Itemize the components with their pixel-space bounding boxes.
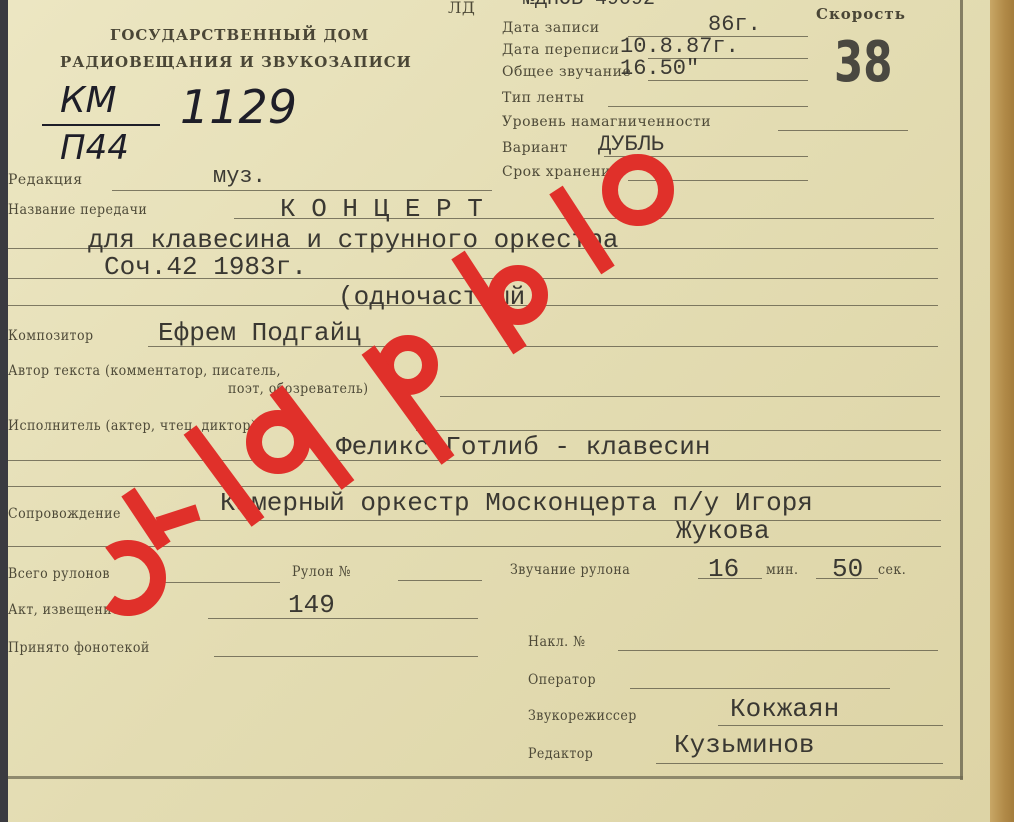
org-name-line2: РАДИОВЕЩАНИЯ И ЗВУКОЗАПИСИ bbox=[60, 53, 412, 71]
accompaniment-line-1 bbox=[168, 520, 941, 521]
roll-seconds-value: 50 bbox=[832, 554, 863, 584]
catalog-bottom: П44 bbox=[60, 128, 129, 168]
roll-duration-label: Звучание рулона bbox=[510, 562, 630, 578]
performer-label: Исполнитель (актер, чтец, диктор) bbox=[8, 418, 256, 434]
record-info-line bbox=[628, 180, 808, 181]
text-author-line bbox=[440, 396, 940, 397]
title-line4: (одночастный) bbox=[338, 282, 541, 312]
total-rolls-label: Всего рулонов bbox=[8, 566, 110, 582]
accompaniment-value-1: Камерный оркестр Москонцерта п/у Игоря bbox=[220, 488, 813, 518]
org-name-line1: ГОСУДАРСТВЕННЫЙ ДОМ bbox=[110, 26, 369, 44]
roll-no-line bbox=[398, 580, 482, 581]
redaktsiya-label: Редакция bbox=[8, 172, 83, 188]
performer-line-1 bbox=[416, 430, 941, 431]
redaktsiya-line bbox=[112, 190, 492, 191]
record-info-line bbox=[778, 130, 908, 131]
dark-frame-edge bbox=[0, 0, 8, 822]
record-info-label: Дата переписи bbox=[502, 42, 619, 58]
sound-engineer-value: Кокжаян bbox=[730, 694, 839, 724]
record-info-label: Срок хранения bbox=[502, 164, 620, 180]
title-line3: Соч.42 1983г. bbox=[104, 252, 307, 282]
redaktsiya-value: муз. bbox=[213, 164, 266, 189]
editor-value: Кузьминов bbox=[674, 730, 814, 760]
accompaniment-line-2 bbox=[8, 546, 941, 547]
composer-value: Ефрем Подгайц bbox=[158, 318, 361, 348]
wood-background-edge bbox=[990, 0, 1014, 822]
performer-value: Феликс Готлиб - клавесин bbox=[336, 432, 710, 462]
accepted-line bbox=[214, 656, 478, 657]
invoice-label: Накл. № bbox=[528, 634, 585, 650]
record-info-label: Общее звучание bbox=[502, 64, 631, 80]
text-author-label-1: Автор текста (комментатор, писатель, bbox=[8, 363, 281, 379]
operator-line bbox=[630, 688, 890, 689]
record-info-value: 16.50" bbox=[620, 56, 699, 81]
record-info-label: Уровень намагниченности bbox=[502, 114, 711, 130]
roll-minutes-value: 16 bbox=[708, 554, 739, 584]
roll-no-label: Рулон № bbox=[292, 564, 351, 580]
editor-label: Редактор bbox=[528, 746, 593, 762]
total-rolls-line bbox=[160, 582, 280, 583]
record-info-value: ДУБЛЬ bbox=[598, 132, 664, 157]
accompaniment-value-2: Жукова bbox=[676, 516, 770, 546]
record-info-line bbox=[608, 106, 808, 107]
card-border-bottom bbox=[8, 776, 963, 779]
performer-line-2 bbox=[8, 460, 941, 461]
act-line bbox=[208, 618, 478, 619]
roll-seconds-unit: сек. bbox=[878, 562, 906, 578]
act-label: Акт, извещение № bbox=[8, 602, 137, 618]
speed-label: Скорость bbox=[816, 5, 906, 23]
text-author-label-2: поэт, обозреватель) bbox=[228, 381, 369, 397]
card-border-right bbox=[960, 0, 963, 780]
archive-card: ГОСУДАРСТВЕННЫЙ ДОМ РАДИОВЕЩАНИЯ И ЗВУКО… bbox=[8, 0, 990, 822]
record-info-label: Тип ленты bbox=[502, 90, 584, 106]
invoice-line bbox=[618, 650, 938, 651]
roll-minutes-unit: мин. bbox=[766, 562, 798, 578]
performer-line-3 bbox=[8, 486, 941, 487]
composer-label: Композитор bbox=[8, 328, 94, 344]
act-value: 149 bbox=[288, 590, 335, 620]
accepted-label: Принято фонотекой bbox=[8, 640, 150, 656]
speed-value: 38 bbox=[834, 30, 892, 95]
title-line1: К О Н Ц Е Р Т bbox=[280, 194, 483, 224]
record-info-label: Вариант bbox=[502, 140, 568, 156]
accompaniment-label: Сопровождение bbox=[8, 506, 121, 522]
sound-engineer-label: Звукорежиссер bbox=[528, 708, 637, 724]
catalog-fraction-line bbox=[42, 124, 160, 126]
sound-engineer-line bbox=[718, 725, 943, 726]
editor-line bbox=[656, 763, 943, 764]
code-number: №ДПОБ-49092 bbox=[523, 0, 655, 11]
record-info-label: Дата записи bbox=[502, 20, 600, 36]
catalog-top: КМ bbox=[60, 80, 117, 121]
title-line2: для клавесина и струнного оркестра bbox=[88, 225, 619, 255]
operator-label: Оператор bbox=[528, 672, 596, 688]
code-top: ЛД bbox=[448, 0, 475, 17]
catalog-number: 1129 bbox=[180, 80, 297, 134]
title-label: Название передачи bbox=[8, 202, 147, 218]
